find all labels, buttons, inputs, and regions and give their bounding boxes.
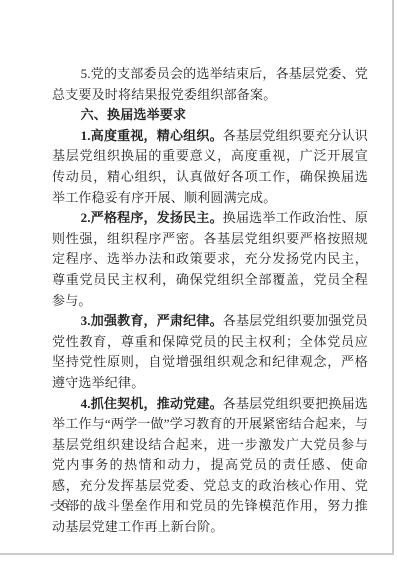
list-item-1: 1.高度重视，精心组织。各基层党组织要充分认识基层党组织换届的重要意义，高度重视… [52,126,368,208]
item-2-lead: 2.严格程序，发扬民主。 [81,210,223,225]
item-4-lead: 4.抓住契机，推动党建。 [81,396,223,411]
list-item-2: 2.严格程序，发扬民主。换届选举工作政治性、原则性强，组织程序严密。各基层党组织… [52,208,368,311]
section-heading-text: 六、换届选举要求 [81,107,187,122]
scan-edge-bottom [0,553,394,555]
section-heading: 六、换届选举要求 [52,105,368,126]
item-3-lead: 3.加强教育，严肃纪律。 [81,313,223,328]
paragraph-5-text: 5.党的支部委员会的选举结束后，各基层党委、党总支要及时将结果报党委组织部备案。 [52,66,368,102]
page-number: - 6 - [50,496,82,512]
list-item-3: 3.加强教育，严肃纪律。各基层党组织要加强党员党性教育，尊重和保障党员的民主权利… [52,311,368,393]
scan-edge-right [392,0,394,555]
item-4-body: 各基层党组织要把换届选举工作与“两学一做”学习教育的开展紧密结合起来，与基层党组… [52,396,368,535]
item-1-lead: 1.高度重视，精心组织。 [81,128,223,143]
paragraph-5: 5.党的支部委员会的选举结束后，各基层党委、党总支要及时将结果报党委组织部备案。 [52,64,368,105]
document-body: 5.党的支部委员会的选举结束后，各基层党委、党总支要及时将结果报党委组织部备案。… [52,64,368,538]
document-page: 5.党的支部委员会的选举结束后，各基层党委、党总支要及时将结果报党委组织部备案。… [0,0,397,562]
list-item-4: 4.抓住契机，推动党建。各基层党组织要把换届选举工作与“两学一做”学习教育的开展… [52,394,368,538]
